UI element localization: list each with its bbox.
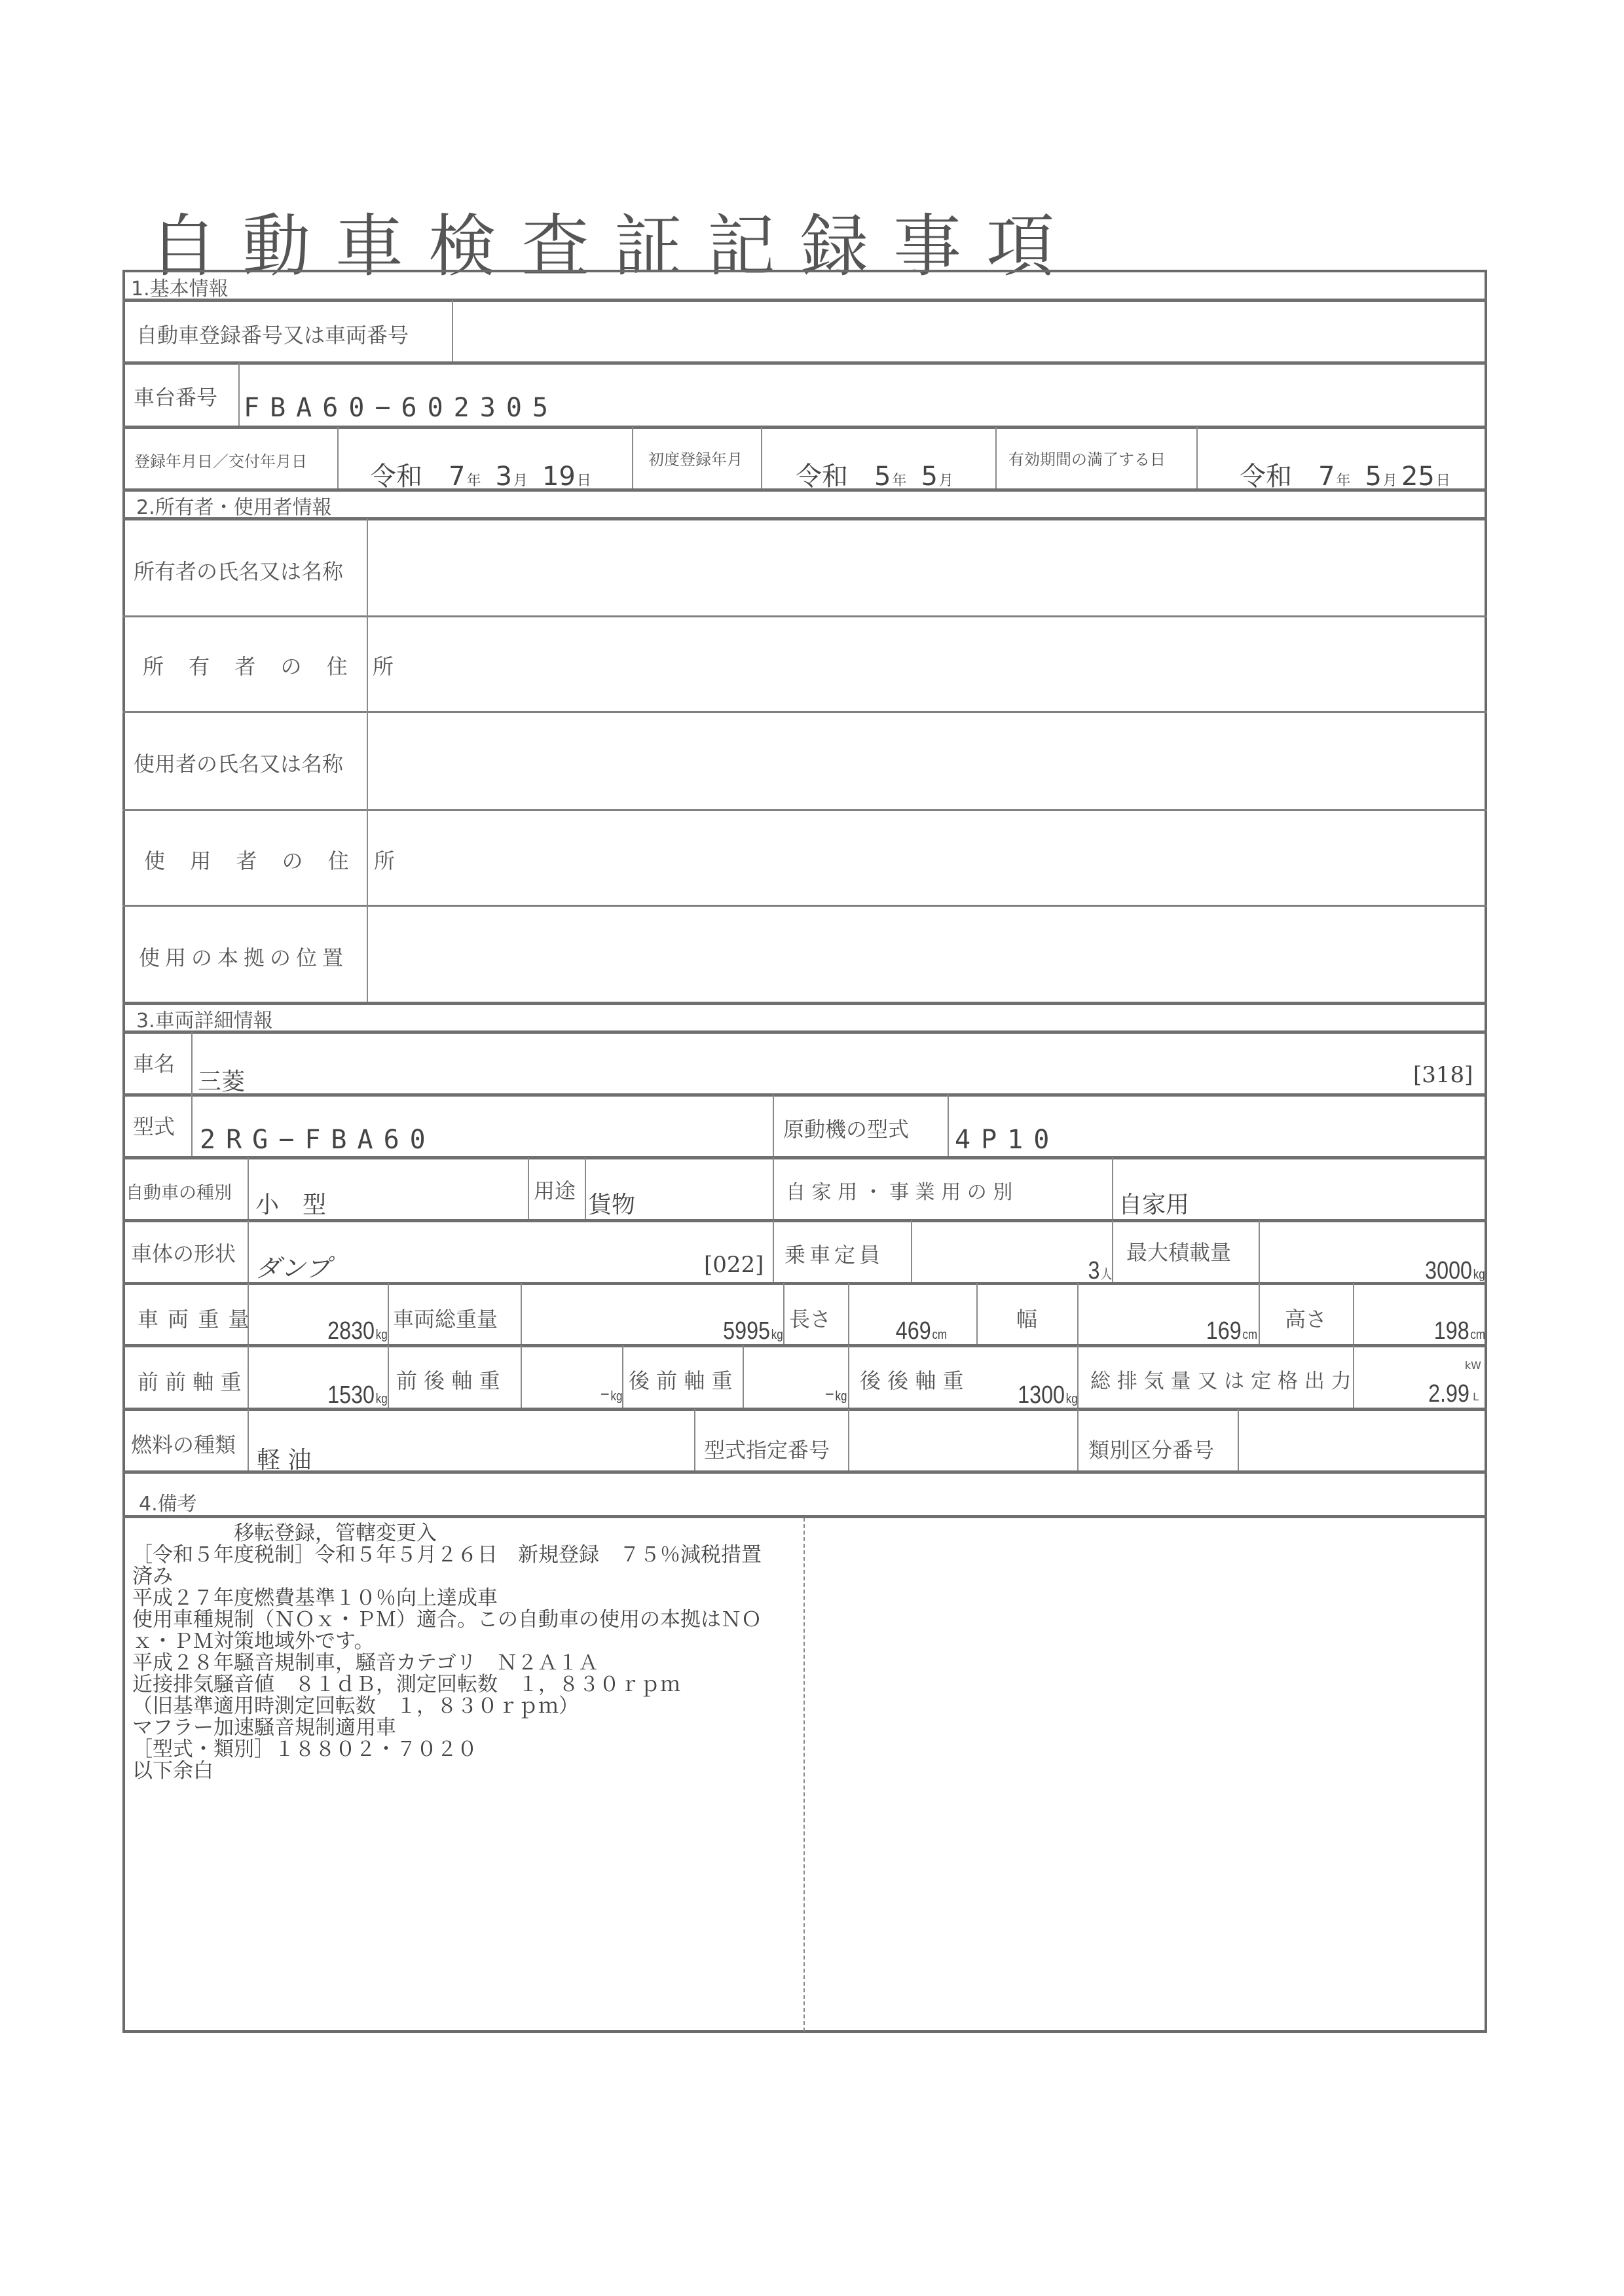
expiry-date-value: 令和7年5月25日 (1240, 456, 1450, 493)
rule (122, 615, 1487, 617)
divider (452, 300, 453, 361)
vehicle-class-label: 自動車の種別 (126, 1178, 232, 1204)
section-heading-remarks: 4.備考 (139, 1487, 197, 1516)
chassis-number-label: 車台番号 (134, 381, 217, 411)
divider (848, 1283, 849, 1344)
divider (783, 1283, 784, 1344)
engine-model-value: 4P10 (955, 1125, 1060, 1155)
divider (1238, 1409, 1239, 1470)
divider (995, 427, 997, 488)
divider (521, 1283, 522, 1344)
remarks-line: ｘ・ＰＭ対策地域外です。 (132, 1631, 800, 1652)
car-name-value: 三菱 (198, 1063, 245, 1097)
remarks-line: （旧基準適用時測定回転数 １，８３０ｒｐｍ） (132, 1696, 800, 1717)
body-shape-value: ダンプ (255, 1248, 330, 1284)
remarks-line: 以下余白 (132, 1760, 800, 1782)
base-location-label: 使用の本拠の位置 (139, 941, 348, 972)
divider (761, 427, 762, 488)
width-label: 幅 (1016, 1303, 1037, 1333)
gross-weight-value: 5995kg (723, 1317, 783, 1345)
section-heading-owner-user: 2.所有者・使用者情報 (136, 491, 332, 520)
private-business-value: 自家用 (1118, 1186, 1189, 1220)
divider (238, 363, 240, 426)
private-business-label: 自 家 用 ・ 事 業 用 の 別 (786, 1176, 1012, 1205)
divider (191, 1032, 193, 1156)
divider (585, 1157, 586, 1219)
displacement-unit-l: L (1473, 1391, 1479, 1403)
car-name-code: [318] (1413, 1062, 1473, 1088)
user-name-label: 使用者の氏名又は名称 (134, 748, 343, 778)
length-label: 長さ (789, 1303, 831, 1333)
divider (1259, 1283, 1260, 1344)
fr-axle-label: 前 後 軸 重 (396, 1364, 500, 1394)
registration-date-label: 登録年月日／交付年月日 (134, 448, 307, 471)
divider (248, 1409, 249, 1470)
registration-date-value: 令和7年3月19日 (370, 456, 591, 493)
model-value: 2RG−FBA60 (200, 1125, 436, 1155)
type-designation-label: 型式指定番号 (704, 1434, 830, 1464)
divider (367, 519, 368, 1002)
divider (773, 1157, 774, 1219)
registration-number-label: 自動車登録番号又は車両番号 (136, 319, 409, 349)
body-shape-code: [022] (704, 1252, 764, 1278)
remarks-line: 移転登録，管轄変更入 (132, 1523, 800, 1544)
displacement-label: 総 排 気 量 又 は 定 格 出 力 (1090, 1364, 1352, 1394)
gross-weight-label: 車両総重量 (393, 1303, 498, 1333)
remarks-line: マフラー加速騒音規制適用車 (132, 1717, 800, 1739)
divider (1077, 1409, 1079, 1470)
divider (1077, 1283, 1079, 1344)
first-registration-label: 初度登録年月 (648, 446, 743, 469)
rule (122, 711, 1487, 713)
rule (122, 1219, 1487, 1222)
model-label: 型式 (133, 1110, 175, 1140)
divider (521, 1345, 522, 1408)
remarks-text: 移転登録，管轄変更入［令和５年度税制］令和５年５月２６日 新規登録 ７５％減税措… (132, 1523, 800, 1782)
user-address-label: 使 用 者 の 住 所 (144, 845, 404, 875)
remarks-line: 近接排気騒音値 ８１ｄＢ，測定回転数 １，８３０ｒｐｍ (132, 1674, 800, 1696)
divider (388, 1345, 389, 1408)
width-value: 169cm (1206, 1317, 1257, 1345)
rule (122, 1156, 1487, 1159)
section-heading-basic-info: 1.基本情報 (131, 272, 229, 301)
rule (122, 809, 1487, 811)
max-load-label: 最大積載量 (1126, 1236, 1231, 1266)
fr-axle-value: −kg (600, 1384, 622, 1405)
divider (743, 1345, 744, 1408)
divider (632, 427, 633, 488)
rf-axle-value: −kg (824, 1384, 847, 1405)
rule (122, 1093, 1487, 1097)
displacement-unit-kw: kW (1465, 1359, 1481, 1372)
rule (122, 1470, 1487, 1474)
remarks-line: 平成２８年騒音規制車，騒音カテゴリ Ｎ２Ａ１Ａ (132, 1652, 800, 1674)
purpose-label: 用途 (534, 1175, 576, 1205)
vehicle-class-value: 小 型 (255, 1186, 326, 1220)
max-load-value: 3000kg (1425, 1257, 1485, 1285)
expiry-date-label: 有効期間の満了する日 (1008, 446, 1166, 469)
fuel-value: 軽 油 (257, 1442, 311, 1475)
divider (694, 1409, 695, 1470)
rr-axle-label: 後 後 軸 重 (860, 1364, 964, 1394)
divider (528, 1157, 529, 1219)
body-shape-label: 車体の形状 (131, 1237, 236, 1267)
divider (1112, 1157, 1113, 1219)
divider (773, 1095, 774, 1156)
divider (248, 1157, 249, 1219)
remarks-line: 平成２７年度燃費基準１０％向上達成車 (132, 1588, 800, 1609)
divider (388, 1283, 389, 1344)
divider (911, 1220, 912, 1282)
height-label: 高さ (1285, 1303, 1327, 1333)
rule (122, 905, 1487, 907)
chassis-number-value: FBA60−602305 (244, 393, 559, 423)
divider (948, 1095, 949, 1156)
divider (1259, 1220, 1260, 1282)
vehicle-weight-label: 車 両 重 量 (138, 1303, 251, 1333)
divider (1112, 1220, 1113, 1282)
ff-axle-label: 前 前 軸 重 (138, 1366, 242, 1396)
divider (337, 427, 339, 488)
rule (122, 361, 1487, 365)
category-number-label: 類別区分番号 (1088, 1434, 1214, 1464)
remarks-line: 使用車種規制（ＮＯｘ・ＰＭ）適合。この自動車の使用の本拠はＮＯ (132, 1609, 800, 1631)
divider (1353, 1283, 1354, 1344)
displacement-value: 2.99 (1428, 1380, 1469, 1408)
rule (122, 1515, 1487, 1518)
car-name-label: 車名 (133, 1048, 175, 1078)
capacity-value: 3人 (1088, 1257, 1112, 1285)
fuel-label: 燃料の種類 (131, 1429, 236, 1459)
divider (1353, 1345, 1354, 1408)
divider (848, 1409, 849, 1470)
divider (773, 1220, 774, 1282)
divider (1196, 427, 1198, 488)
length-value: 469cm (896, 1317, 947, 1345)
rule (122, 1030, 1487, 1034)
section-heading-vehicle-details: 3.車両詳細情報 (136, 1004, 273, 1033)
divider (248, 1220, 249, 1282)
rf-axle-label: 後 前 軸 重 (629, 1364, 733, 1394)
height-value: 198cm (1434, 1317, 1485, 1345)
rule (122, 299, 1487, 302)
divider (248, 1345, 249, 1408)
rr-axle-value: 1300kg (1018, 1381, 1078, 1410)
owner-address-label: 所 有 者 の 住 所 (143, 650, 403, 680)
divider (976, 1283, 978, 1344)
divider (848, 1345, 849, 1408)
ff-axle-value: 1530kg (327, 1381, 388, 1410)
capacity-label: 乗車定員 (784, 1239, 884, 1269)
purpose-value: 貨物 (588, 1186, 635, 1220)
owner-name-label: 所有者の氏名又は名称 (134, 555, 343, 585)
first-registration-value: 令和5年5月 (796, 456, 953, 493)
remarks-line: 済み (132, 1566, 800, 1588)
remarks-column-divider (803, 1518, 805, 2032)
engine-model-label: 原動機の型式 (783, 1113, 909, 1143)
vehicle-weight-value: 2830kg (327, 1317, 388, 1345)
rule (122, 426, 1487, 429)
remarks-line: ［令和５年度税制］令和５年５月２６日 新規登録 ７５％減税措置 (132, 1544, 800, 1566)
remarks-line: ［型式・類別］１８８０２・７０２０ (132, 1739, 800, 1760)
rule (122, 1002, 1487, 1005)
